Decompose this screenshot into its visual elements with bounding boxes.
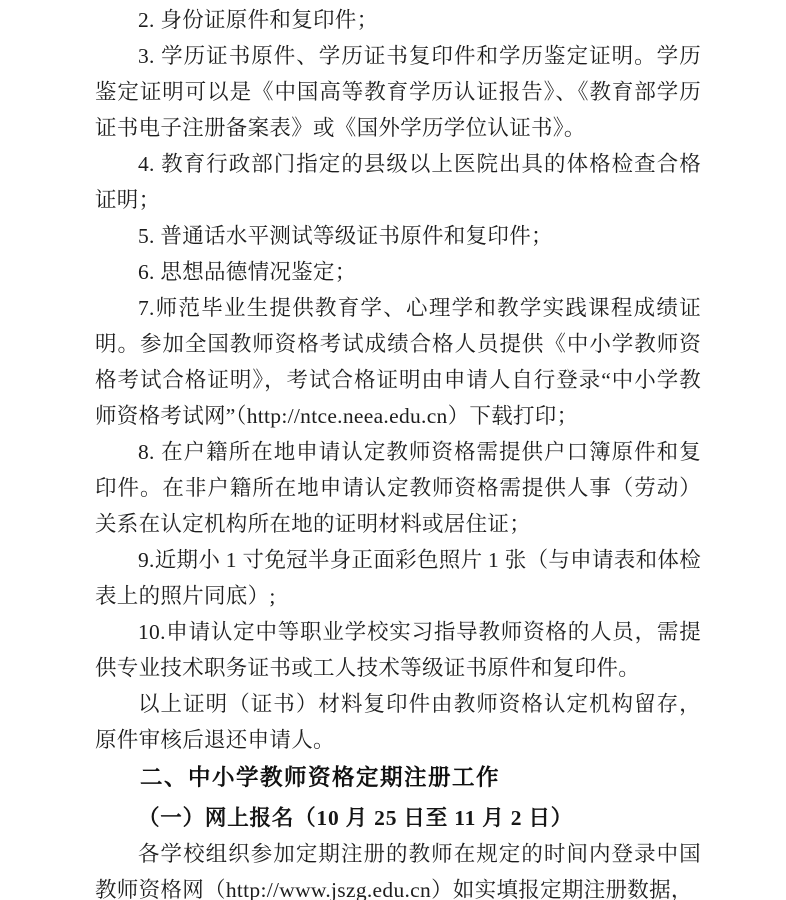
list-item-2: 2. 身份证原件和复印件； (95, 2, 701, 38)
list-item-8: 8. 在户籍所在地申请认定教师资格需提供户口簿原件和复印件。在非户籍所在地申请认… (95, 434, 701, 542)
closing-paragraph: 各学校组织参加定期注册的教师在规定的时间内登录中国教师资格网（http://ww… (95, 836, 701, 900)
list-item-6: 6. 思想品德情况鉴定； (95, 254, 701, 290)
document-body: 2. 身份证原件和复印件； 3. 学历证书原件、学历证书复印件和学历鉴定证明。学… (0, 0, 786, 900)
list-item-4: 4. 教育行政部门指定的县级以上医院出具的体格检查合格证明； (95, 146, 701, 218)
jszg-link[interactable]: http://www.jszg.edu.cn (226, 878, 431, 900)
list-item-7: 7.师范毕业生提供教育学、心理学和教学实践课程成绩证明。参加全国教师资格考试成绩… (95, 290, 701, 434)
list-item-10: 10.申请认定中等职业学校实习指导教师资格的人员，需提供专业技术职务证书或工人技… (95, 614, 701, 686)
subsection-heading: （一）网上报名（10 月 25 日至 11 月 2 日） (95, 800, 701, 836)
closing-text-after: ）如实填报定期注册数据， (431, 878, 693, 900)
list-item-5: 5. 普通话水平测试等级证书原件和复印件； (95, 218, 701, 254)
page: 2. 身份证原件和复印件； 3. 学历证书原件、学历证书复印件和学历鉴定证明。学… (0, 0, 786, 900)
section-heading: 二、中小学教师资格定期注册工作 (95, 760, 701, 796)
summary-paragraph: 以上证明（证书）材料复印件由教师资格认定机构留存，原件审核后退还申请人。 (95, 686, 701, 758)
list-item-3: 3. 学历证书原件、学历证书复印件和学历鉴定证明。学历鉴定证明可以是《中国高等教… (95, 38, 701, 146)
list-item-9: 9.近期小 1 寸免冠半身正面彩色照片 1 张（与申请表和体检表上的照片同底）; (95, 542, 701, 614)
